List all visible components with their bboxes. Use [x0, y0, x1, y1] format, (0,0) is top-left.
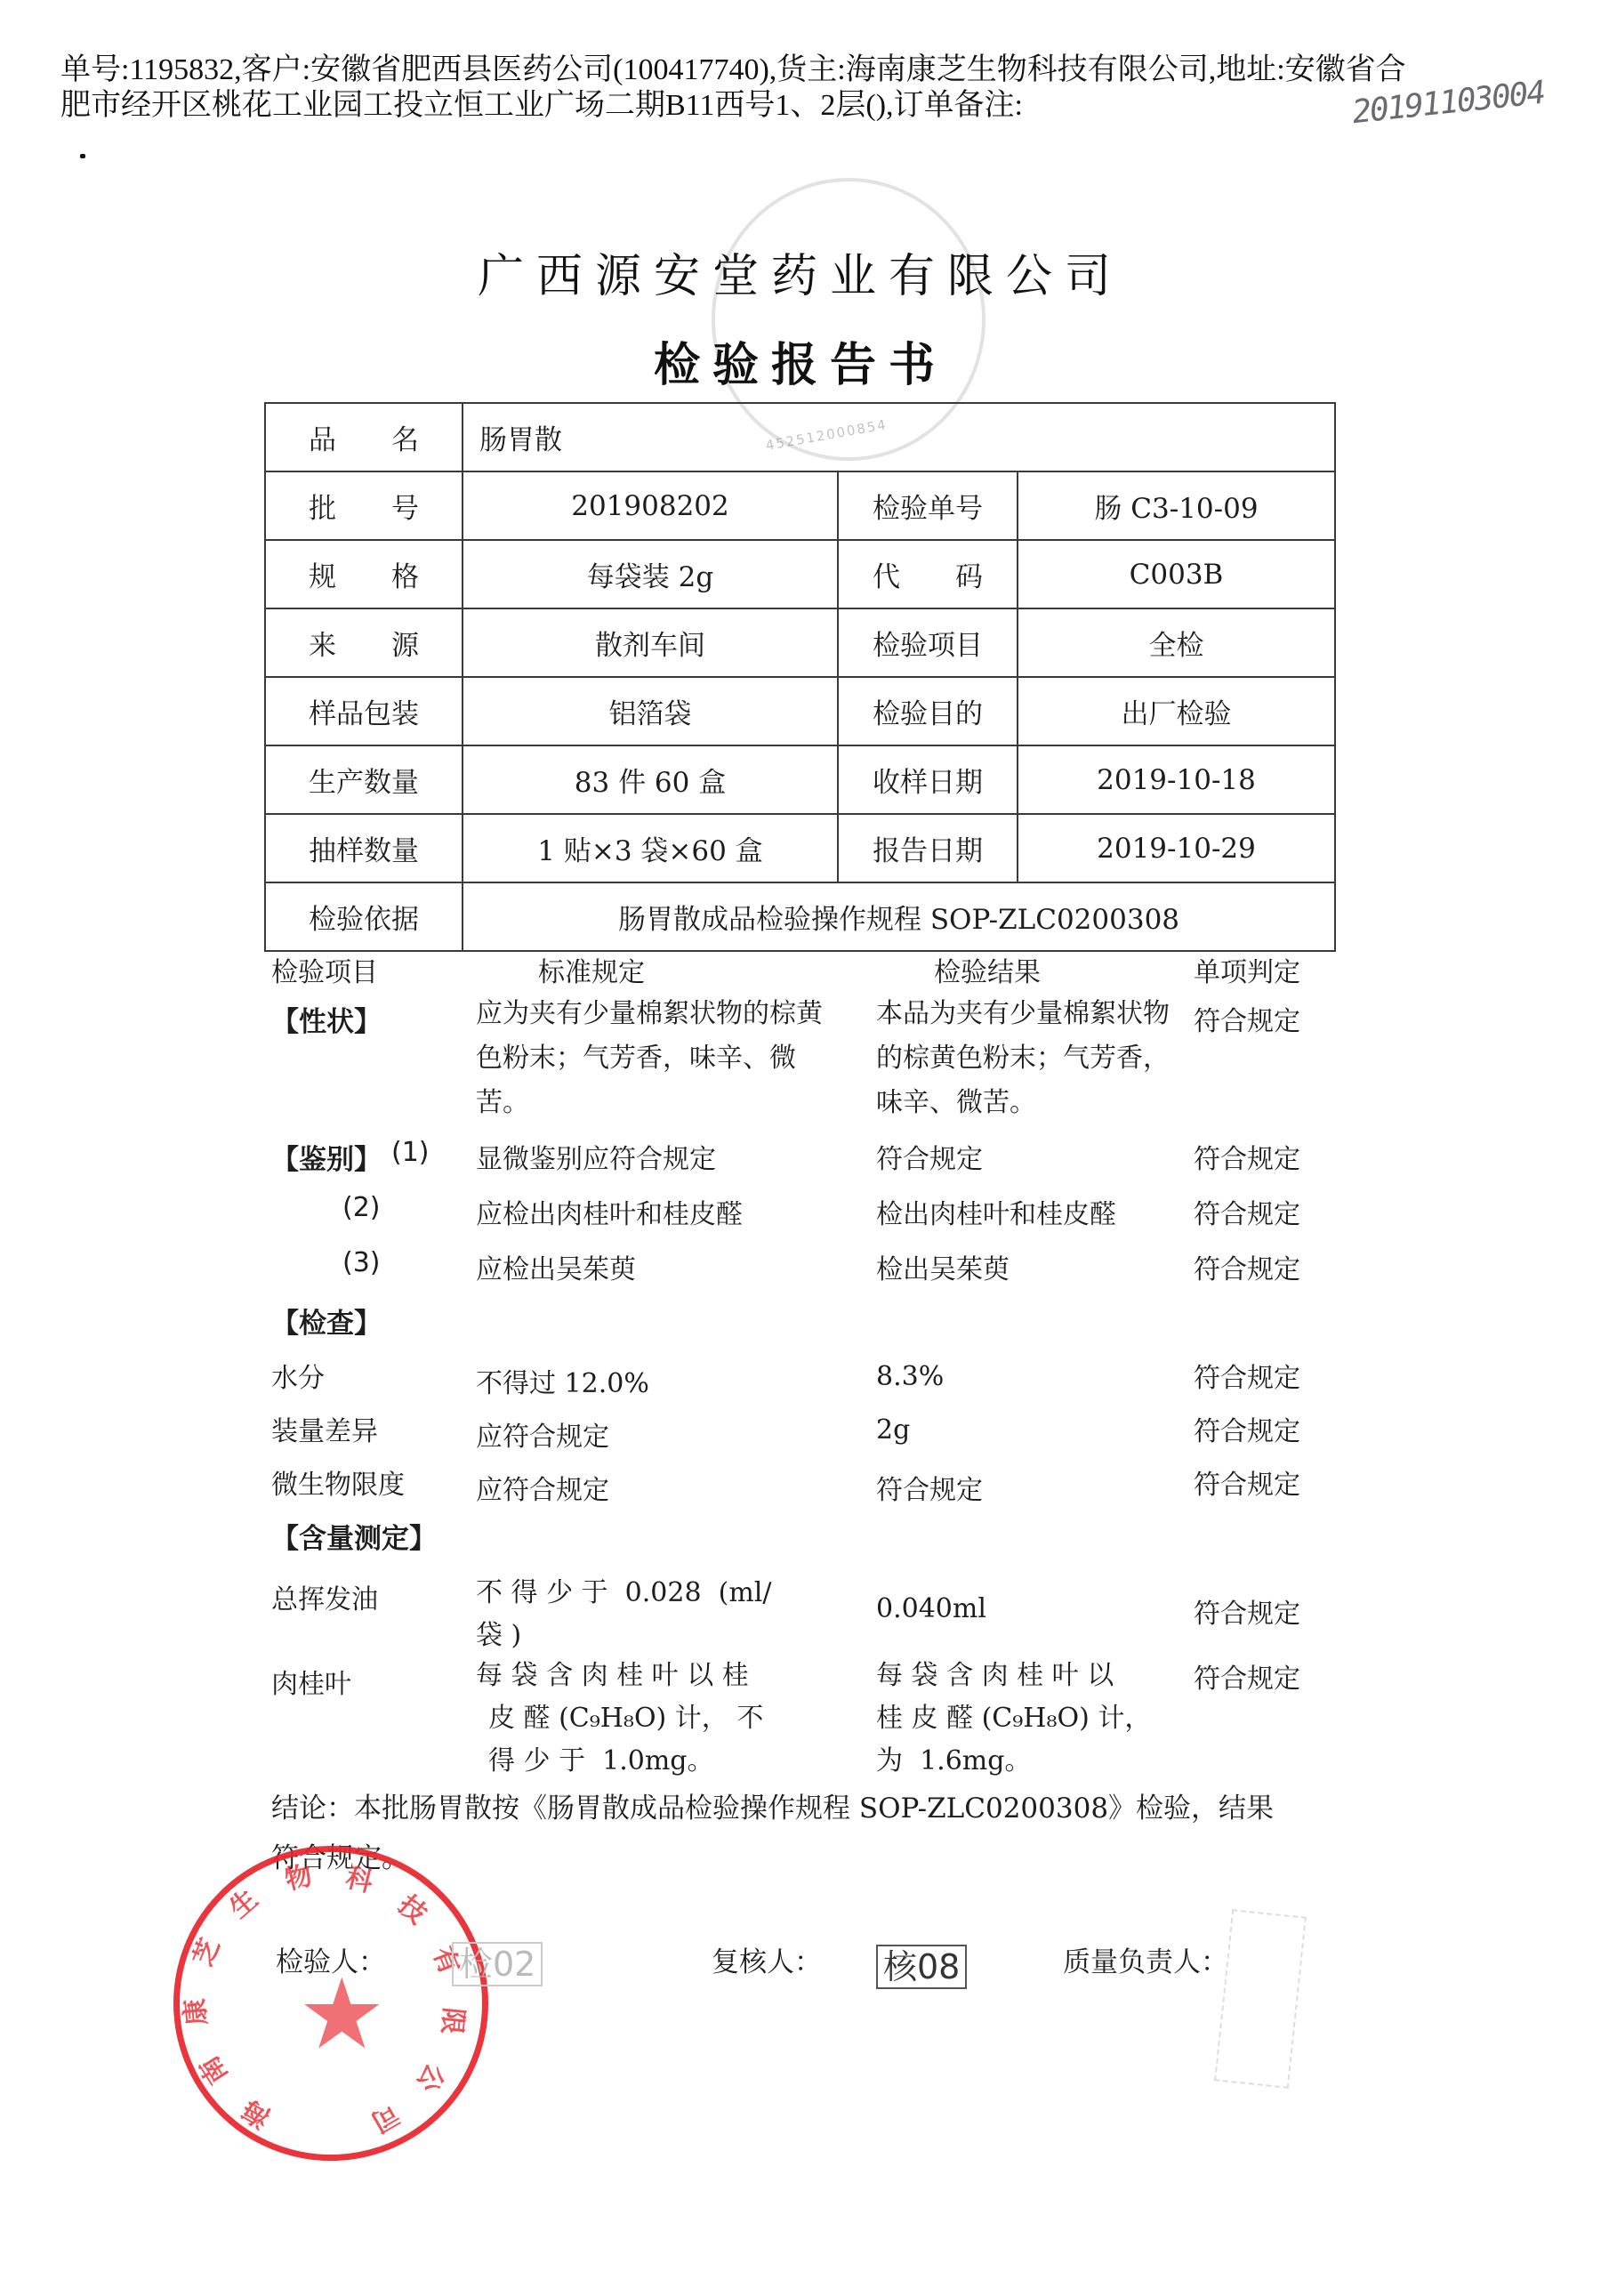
- exam-name-1: 水分: [271, 1356, 325, 1395]
- table-row: 抽样数量 1 贴×3 袋×60 盒 报告日期 2019-10-29: [265, 814, 1335, 882]
- value-production-qty: 83 件 60 盒: [463, 745, 838, 814]
- character-verdict: 符合规定: [1194, 999, 1300, 1038]
- header-standard: 标准规定: [538, 950, 894, 989]
- label-inspection-no: 检验单号: [838, 471, 1018, 540]
- exam-standard-2: 应符合规定: [476, 1414, 832, 1454]
- header-item: 检验项目: [271, 950, 378, 989]
- assay-result-2-line-1: 每 袋 含 肉 桂 叶 以: [876, 1655, 1170, 1697]
- report-title: 检验报告书: [0, 327, 1601, 394]
- ident-verdict-2: 符合规定: [1194, 1192, 1300, 1231]
- label-inspection-items: 检验项目: [838, 608, 1018, 677]
- value-inspection-items: 全检: [1018, 608, 1335, 677]
- quality-manager-faint-stamp: [1214, 1909, 1307, 2089]
- info-table: 品 名 肠胃散 批 号 201908202 检验单号 肠 C3-10-09 规 …: [264, 402, 1336, 952]
- label-basis: 检验依据: [265, 882, 463, 951]
- exam-name-3: 微生物限度: [271, 1462, 405, 1502]
- value-source: 散剂车间: [463, 608, 838, 677]
- header-verdict: 单项判定: [1194, 950, 1300, 989]
- ident-verdict-3: 符合规定: [1194, 1247, 1300, 1286]
- assay-result-2: 每 袋 含 肉 桂 叶 以 桂 皮 醛 (C₉H₈O) 计， 为 1.6mg。: [876, 1655, 1170, 1783]
- label-code: 代 码: [838, 540, 1018, 608]
- exam-result-3: 符合规定: [876, 1468, 1170, 1507]
- label-sample-qty: 抽样数量: [265, 814, 463, 882]
- section-examination: 【检查】: [271, 1301, 382, 1341]
- value-batch-no: 201908202: [463, 471, 838, 540]
- quality-manager-label: 质量负责人：: [1063, 1939, 1228, 1979]
- exam-result-2: 2g: [876, 1414, 1170, 1446]
- inspector-label: 检验人：: [276, 1939, 386, 1979]
- exam-standard-1: 不得过 12.0%: [476, 1361, 832, 1400]
- ident-no-1: (1): [391, 1137, 430, 1168]
- reviewer-chop: 核08: [876, 1945, 967, 1989]
- table-row: 检验依据 肠胃散成品检验操作规程 SOP-ZLC0200308: [265, 882, 1335, 951]
- assay-verdict-1: 符合规定: [1194, 1591, 1300, 1631]
- assay-verdict-2: 符合规定: [1194, 1656, 1300, 1696]
- assay-result-2-line-2: 桂 皮 醛 (C₉H₈O) 计，: [876, 1697, 1170, 1740]
- ident-result-2: 检出肉桂叶和桂皮醛: [876, 1192, 1170, 1231]
- ident-standard-2: 应检出肉桂叶和桂皮醛: [476, 1192, 832, 1231]
- label-report-date: 报告日期: [838, 814, 1018, 882]
- character-result: 本品为夹有少量棉絮状物的棕黄色粉末；气芳香，味辛、微苦。: [876, 992, 1170, 1125]
- company-name: 广西源安堂药业有限公司: [0, 238, 1601, 305]
- order-header-line-2: 肥市经开区桃花工业园工投立恒工业广场二期B11西号1、2层(),订单备注:: [60, 80, 1023, 124]
- assay-result-2-line-3: 为 1.6mg。: [876, 1740, 1170, 1783]
- assay-standard-1: 不 得 少 于 0.028 (ml/ 袋 ): [476, 1572, 832, 1657]
- ident-verdict-1: 符合规定: [1194, 1137, 1300, 1176]
- assay-standard-1-line-1: 不 得 少 于 0.028 (ml/: [476, 1572, 832, 1615]
- exam-verdict-3: 符合规定: [1194, 1462, 1300, 1502]
- value-sample-qty: 1 贴×3 袋×60 盒: [463, 814, 838, 882]
- ident-no-2: (2): [342, 1192, 381, 1223]
- ident-result-3: 检出吴茱萸: [876, 1247, 1170, 1286]
- ident-standard-1: 显微鉴别应符合规定: [476, 1137, 832, 1176]
- value-receipt-date: 2019-10-18: [1018, 745, 1335, 814]
- assay-standard-1-line-2: 袋 ): [476, 1615, 832, 1657]
- exam-verdict-1: 符合规定: [1194, 1356, 1300, 1395]
- exam-standard-3: 应符合规定: [476, 1468, 832, 1507]
- ident-no-3: (3): [342, 1247, 381, 1278]
- assay-result-1: 0.040ml: [876, 1593, 1170, 1624]
- value-report-date: 2019-10-29: [1018, 814, 1335, 882]
- value-inspection-no: 肠 C3-10-09: [1018, 471, 1335, 540]
- table-row: 品 名 肠胃散: [265, 403, 1335, 471]
- assay-standard-2-line-3: 得 少 于 1.0mg。: [476, 1740, 832, 1783]
- header-result: 检验结果: [934, 950, 1227, 989]
- label-product-name: 品 名: [265, 403, 463, 471]
- value-spec: 每袋装 2g: [463, 540, 838, 608]
- ident-result-1: 符合规定: [876, 1137, 1170, 1176]
- section-identification: 【鉴别】: [271, 1137, 382, 1177]
- exam-verdict-2: 符合规定: [1194, 1409, 1300, 1448]
- label-source: 来 源: [265, 608, 463, 677]
- value-basis: 肠胃散成品检验操作规程 SOP-ZLC0200308: [463, 882, 1335, 951]
- assay-standard-2-line-2: 皮 醛 (C₉H₈O) 计， 不: [476, 1697, 832, 1740]
- value-code: C003B: [1018, 540, 1335, 608]
- reviewer-label: 复核人：: [712, 1939, 822, 1979]
- table-row: 生产数量 83 件 60 盒 收样日期 2019-10-18: [265, 745, 1335, 814]
- section-character: 【性状】: [271, 999, 382, 1039]
- exam-result-1: 8.3%: [876, 1361, 1170, 1392]
- assay-name-1: 总挥发油: [271, 1577, 378, 1616]
- table-row: 来 源 散剂车间 检验项目 全检: [265, 608, 1335, 677]
- value-packaging: 铝箔袋: [463, 677, 838, 745]
- exam-name-2: 装量差异: [271, 1409, 378, 1448]
- label-packaging: 样品包装: [265, 677, 463, 745]
- label-batch-no: 批 号: [265, 471, 463, 540]
- assay-name-2: 肉桂叶: [271, 1662, 351, 1701]
- inspector-chop: 检02: [452, 1942, 543, 1986]
- conclusion-line-1: 结论：本批肠胃散按《肠胃散成品检验操作规程 SOP-ZLC0200308》检验，…: [271, 1784, 1348, 1833]
- scan-speck: [80, 154, 85, 158]
- table-row: 样品包装 铝箔袋 检验目的 出厂检验: [265, 677, 1335, 745]
- value-product-name: 肠胃散: [463, 403, 1335, 471]
- ident-standard-3: 应检出吴茱萸: [476, 1247, 832, 1286]
- label-purpose: 检验目的: [838, 677, 1018, 745]
- assay-standard-2: 每 袋 含 肉 桂 叶 以 桂 皮 醛 (C₉H₈O) 计， 不 得 少 于 1…: [476, 1655, 832, 1783]
- seal-text-ring: 海南康芝生物科技有限公司: [173, 1846, 476, 2148]
- section-assay: 【含量测定】: [271, 1516, 437, 1556]
- value-purpose: 出厂检验: [1018, 677, 1335, 745]
- character-standard: 应为夹有少量棉絮状物的棕黄色粉末；气芳香，味辛、微苦。: [476, 992, 832, 1125]
- label-receipt-date: 收样日期: [838, 745, 1018, 814]
- table-row: 规 格 每袋装 2g 代 码 C003B: [265, 540, 1335, 608]
- label-spec: 规 格: [265, 540, 463, 608]
- table-row: 批 号 201908202 检验单号 肠 C3-10-09: [265, 471, 1335, 540]
- assay-standard-2-line-1: 每 袋 含 肉 桂 叶 以 桂: [476, 1655, 832, 1697]
- label-production-qty: 生产数量: [265, 745, 463, 814]
